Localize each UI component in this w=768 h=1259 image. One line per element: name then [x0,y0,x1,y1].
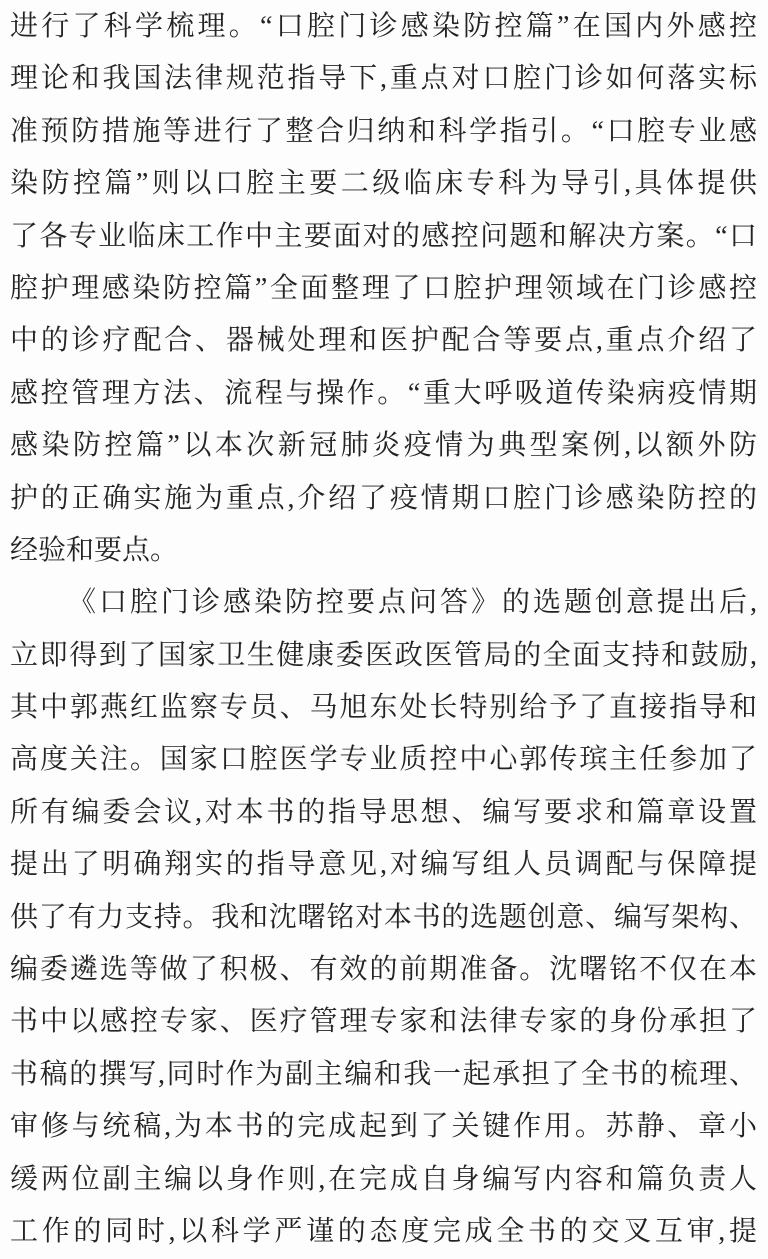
text-line: 书稿的撰写,同时作为副主编和我一起承担了全书的梳理、 [10,1049,757,1101]
text-line: 审修与统稿,为本书的完成起到了关键作用。苏静、章小 [10,1101,757,1153]
text-line: 编委遴选等做了积极、有效的前期准备。沈曙铭不仅在本 [10,944,757,996]
text-line: 护的正确实施为重点,介绍了疫情期口腔门诊感染防控的 [10,473,757,525]
page-text: 进行了科学梳理。“口腔门诊感染防控篇”在国内外感控理论和我国法律规范指导下,重点… [10,1,757,1258]
text-line: 感染防控篇”以本次新冠肺炎疫情为典型案例,以额外防 [10,420,757,472]
text-line: 感控管理方法、流程与操作。“重大呼吸道传染病疫情期 [10,368,757,420]
text-line: 书中以感控专家、医疗管理专家和法律专家的身份承担了 [10,996,757,1048]
document-page: 进行了科学梳理。“口腔门诊感染防控篇”在国内外感控理论和我国法律规范指导下,重点… [0,0,768,1259]
text-line: 工作的同时,以科学严谨的态度完成全书的交叉互审,提 [10,1206,757,1258]
text-line: 经验和要点。 [10,525,757,577]
text-line: 腔护理感染防控篇”全面整理了口腔护理领域在门诊感控 [10,263,757,315]
text-line: 供了有力支持。我和沈曙铭对本书的选题创意、编写架构、 [10,892,757,944]
text-line: 准预防措施等进行了整合归纳和科学指引。“口腔专业感 [10,106,757,158]
text-line: 高度关注。国家口腔医学专业质控中心郭传瑸主任参加了 [10,734,757,786]
text-line: 提出了明确翔实的指导意见,对编写组人员调配与保障提 [10,839,757,891]
text-line: 所有编委会议,对本书的指导思想、编写要求和篇章设置 [10,787,757,839]
text-line: 中的诊疗配合、器械处理和医护配合等要点,重点介绍了 [10,315,757,367]
text-line: 立即得到了国家卫生健康委医政医管局的全面支持和鼓励, [10,630,757,682]
text-line: 染防控篇”则以口腔主要二级临床专科为导引,具体提供 [10,158,757,210]
text-line: 理论和我国法律规范指导下,重点对口腔门诊如何落实标 [10,53,757,105]
text-line: 了各专业临床工作中主要面对的感控问题和解决方案。“口 [10,211,757,263]
text-line: 缓两位副主编以身作则,在完成自身编写内容和篇负责人 [10,1154,757,1206]
text-line: 《口腔门诊感染防控要点问答》的选题创意提出后, [10,577,757,629]
text-line: 进行了科学梳理。“口腔门诊感染防控篇”在国内外感控 [10,1,757,53]
text-line: 其中郭燕红监察专员、马旭东处长特别给予了直接指导和 [10,682,757,734]
